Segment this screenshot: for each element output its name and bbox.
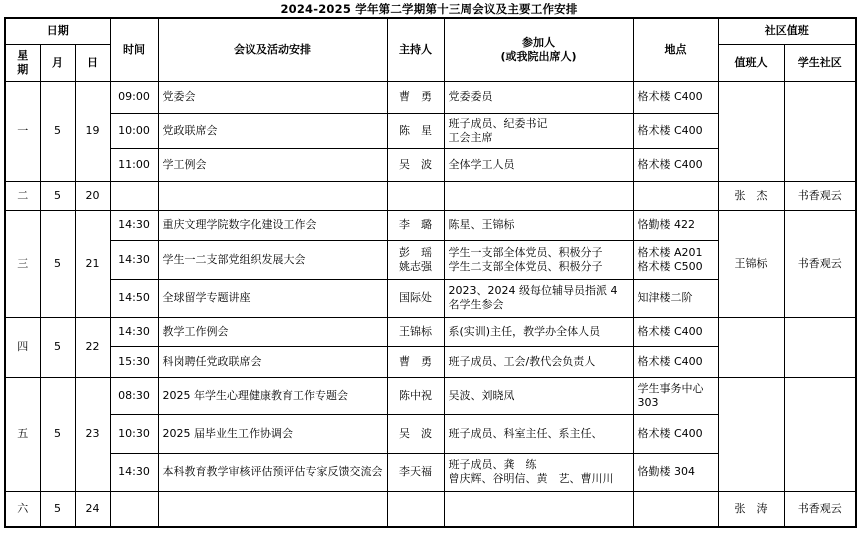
- host-cell: [387, 491, 444, 527]
- participants-cell: 陈星、王锦标: [444, 210, 633, 240]
- time-cell: 15:30: [110, 346, 158, 377]
- duty-person-cell: [718, 377, 784, 491]
- participants-cell: 班子成员、科室主任、系主任、: [444, 414, 633, 453]
- weekday-cell: 三: [5, 210, 40, 317]
- header-host: 主持人: [387, 18, 444, 81]
- month-cell: 5: [40, 377, 75, 491]
- header-weekday: 星 期: [5, 44, 40, 81]
- participants-cell: 班子成员、龚 练 曾庆辉、谷明信、黄 艺、曹川川: [444, 453, 633, 491]
- header-day: 日: [75, 44, 110, 81]
- location-cell: [633, 181, 718, 210]
- location-cell: [633, 491, 718, 527]
- weekday-cell: 二: [5, 181, 40, 210]
- day-cell: 23: [75, 377, 110, 491]
- host-cell: 陈中祝: [387, 377, 444, 414]
- host-cell: 吴 波: [387, 148, 444, 181]
- time-cell: 14:30: [110, 317, 158, 346]
- participants-cell: 2023、2024 级每位辅导员指派 4 名学生参会: [444, 279, 633, 317]
- header-date-group: 日期: [5, 18, 110, 44]
- page-title: 2024-2025 学年第二学期第十三周会议及主要工作安排: [0, 1, 858, 17]
- participants-cell: 班子成员、纪委书记 工会主席: [444, 113, 633, 148]
- meeting-cell: 党委会: [158, 81, 387, 113]
- time-cell: 14:30: [110, 210, 158, 240]
- meeting-cell: 党政联席会: [158, 113, 387, 148]
- time-cell: 14:50: [110, 279, 158, 317]
- header-participants: 参加人 (或我院出席人): [444, 18, 633, 81]
- host-cell: 吴 波: [387, 414, 444, 453]
- host-cell: 李天福: [387, 453, 444, 491]
- month-cell: 5: [40, 317, 75, 377]
- table-row: 二 5 20 张 杰 书香观云: [5, 181, 856, 210]
- duty-person-cell: [718, 317, 784, 377]
- time-cell: 09:00: [110, 81, 158, 113]
- participants-cell: [444, 181, 633, 210]
- day-cell: 20: [75, 181, 110, 210]
- weekday-cell: 五: [5, 377, 40, 491]
- time-cell: 14:30: [110, 453, 158, 491]
- host-cell: 曹 勇: [387, 81, 444, 113]
- day-cell: 24: [75, 491, 110, 527]
- month-cell: 5: [40, 81, 75, 181]
- table-row: 三 5 21 14:30 重庆文理学院数字化建设工作会 李 璐 陈星、王锦标 恪…: [5, 210, 856, 240]
- header-time: 时间: [110, 18, 158, 81]
- community-cell: 书香观云: [784, 181, 856, 210]
- meeting-cell: 本科教育教学审核评估预评估专家反馈交流会: [158, 453, 387, 491]
- meeting-cell: [158, 181, 387, 210]
- weekday-cell: 六: [5, 491, 40, 527]
- time-cell: 10:00: [110, 113, 158, 148]
- table-row: 一 5 19 09:00 党委会 曹 勇 党委委员 格术楼 C400: [5, 81, 856, 113]
- participants-cell: 班子成员、工会/教代会负责人: [444, 346, 633, 377]
- meeting-cell: 全球留学专题讲座: [158, 279, 387, 317]
- participants-cell: 全体学工人员: [444, 148, 633, 181]
- location-cell: 恪勤楼 422: [633, 210, 718, 240]
- location-cell: 格术楼 C400: [633, 148, 718, 181]
- duty-person-cell: 张 杰: [718, 181, 784, 210]
- meeting-cell: [158, 491, 387, 527]
- duty-person-cell: 王锦标: [718, 210, 784, 317]
- meeting-cell: 2025 届毕业生工作协调会: [158, 414, 387, 453]
- table-row: 六 5 24 张 涛 书香观云: [5, 491, 856, 527]
- participants-cell: 系(实训)主任，教学办全体人员: [444, 317, 633, 346]
- location-cell: 学生事务中心 303: [633, 377, 718, 414]
- community-cell: 书香观云: [784, 491, 856, 527]
- host-cell: [387, 181, 444, 210]
- host-cell: 曹 勇: [387, 346, 444, 377]
- time-cell: 11:00: [110, 148, 158, 181]
- location-cell: 恪勤楼 304: [633, 453, 718, 491]
- time-cell: [110, 491, 158, 527]
- header-duty-person: 值班人: [718, 44, 784, 81]
- participants-cell: 吴波、刘晓凤: [444, 377, 633, 414]
- schedule-table: 日期 时间 会议及活动安排 主持人 参加人 (或我院出席人) 地点 社区值班 星…: [4, 17, 857, 528]
- table-row: 四 5 22 14:30 教学工作例会 王锦标 系(实训)主任，教学办全体人员 …: [5, 317, 856, 346]
- community-cell: [784, 317, 856, 377]
- meeting-cell: 重庆文理学院数字化建设工作会: [158, 210, 387, 240]
- weekday-cell: 四: [5, 317, 40, 377]
- community-cell: [784, 377, 856, 491]
- time-cell: 10:30: [110, 414, 158, 453]
- location-cell: 格术楼 C400: [633, 317, 718, 346]
- meeting-cell: 2025 年学生心理健康教育工作专题会: [158, 377, 387, 414]
- header-duty-group: 社区值班: [718, 18, 856, 44]
- location-cell: 格术楼 C400: [633, 414, 718, 453]
- time-cell: 08:30: [110, 377, 158, 414]
- location-cell: 格术楼 C400: [633, 346, 718, 377]
- meeting-cell: 教学工作例会: [158, 317, 387, 346]
- location-cell: 格术楼 A201 格术楼 C500: [633, 240, 718, 279]
- month-cell: 5: [40, 210, 75, 317]
- host-cell: 彭 瑶 姚志强: [387, 240, 444, 279]
- day-cell: 19: [75, 81, 110, 181]
- location-cell: 格术楼 C400: [633, 113, 718, 148]
- meeting-cell: 学生一二支部党组织发展大会: [158, 240, 387, 279]
- weekday-cell: 一: [5, 81, 40, 181]
- month-cell: 5: [40, 491, 75, 527]
- host-cell: 王锦标: [387, 317, 444, 346]
- host-cell: 陈 星: [387, 113, 444, 148]
- table-row: 五 5 23 08:30 2025 年学生心理健康教育工作专题会 陈中祝 吴波、…: [5, 377, 856, 414]
- duty-person-cell: 张 涛: [718, 491, 784, 527]
- header-month: 月: [40, 44, 75, 81]
- host-cell: 李 璐: [387, 210, 444, 240]
- time-cell: [110, 181, 158, 210]
- community-cell: [784, 81, 856, 181]
- community-cell: 书香观云: [784, 210, 856, 317]
- meeting-cell: 科岗聘任党政联席会: [158, 346, 387, 377]
- month-cell: 5: [40, 181, 75, 210]
- header-location: 地点: [633, 18, 718, 81]
- time-cell: 14:30: [110, 240, 158, 279]
- host-cell: 国际处: [387, 279, 444, 317]
- participants-cell: 学生一支部全体党员、积极分子 学生二支部全体党员、积极分子: [444, 240, 633, 279]
- day-cell: 21: [75, 210, 110, 317]
- location-cell: 知津楼二阶: [633, 279, 718, 317]
- header-student-community: 学生社区: [784, 44, 856, 81]
- duty-person-cell: [718, 81, 784, 181]
- participants-cell: 党委委员: [444, 81, 633, 113]
- header-meeting: 会议及活动安排: [158, 18, 387, 81]
- meeting-cell: 学工例会: [158, 148, 387, 181]
- participants-cell: [444, 491, 633, 527]
- day-cell: 22: [75, 317, 110, 377]
- location-cell: 格术楼 C400: [633, 81, 718, 113]
